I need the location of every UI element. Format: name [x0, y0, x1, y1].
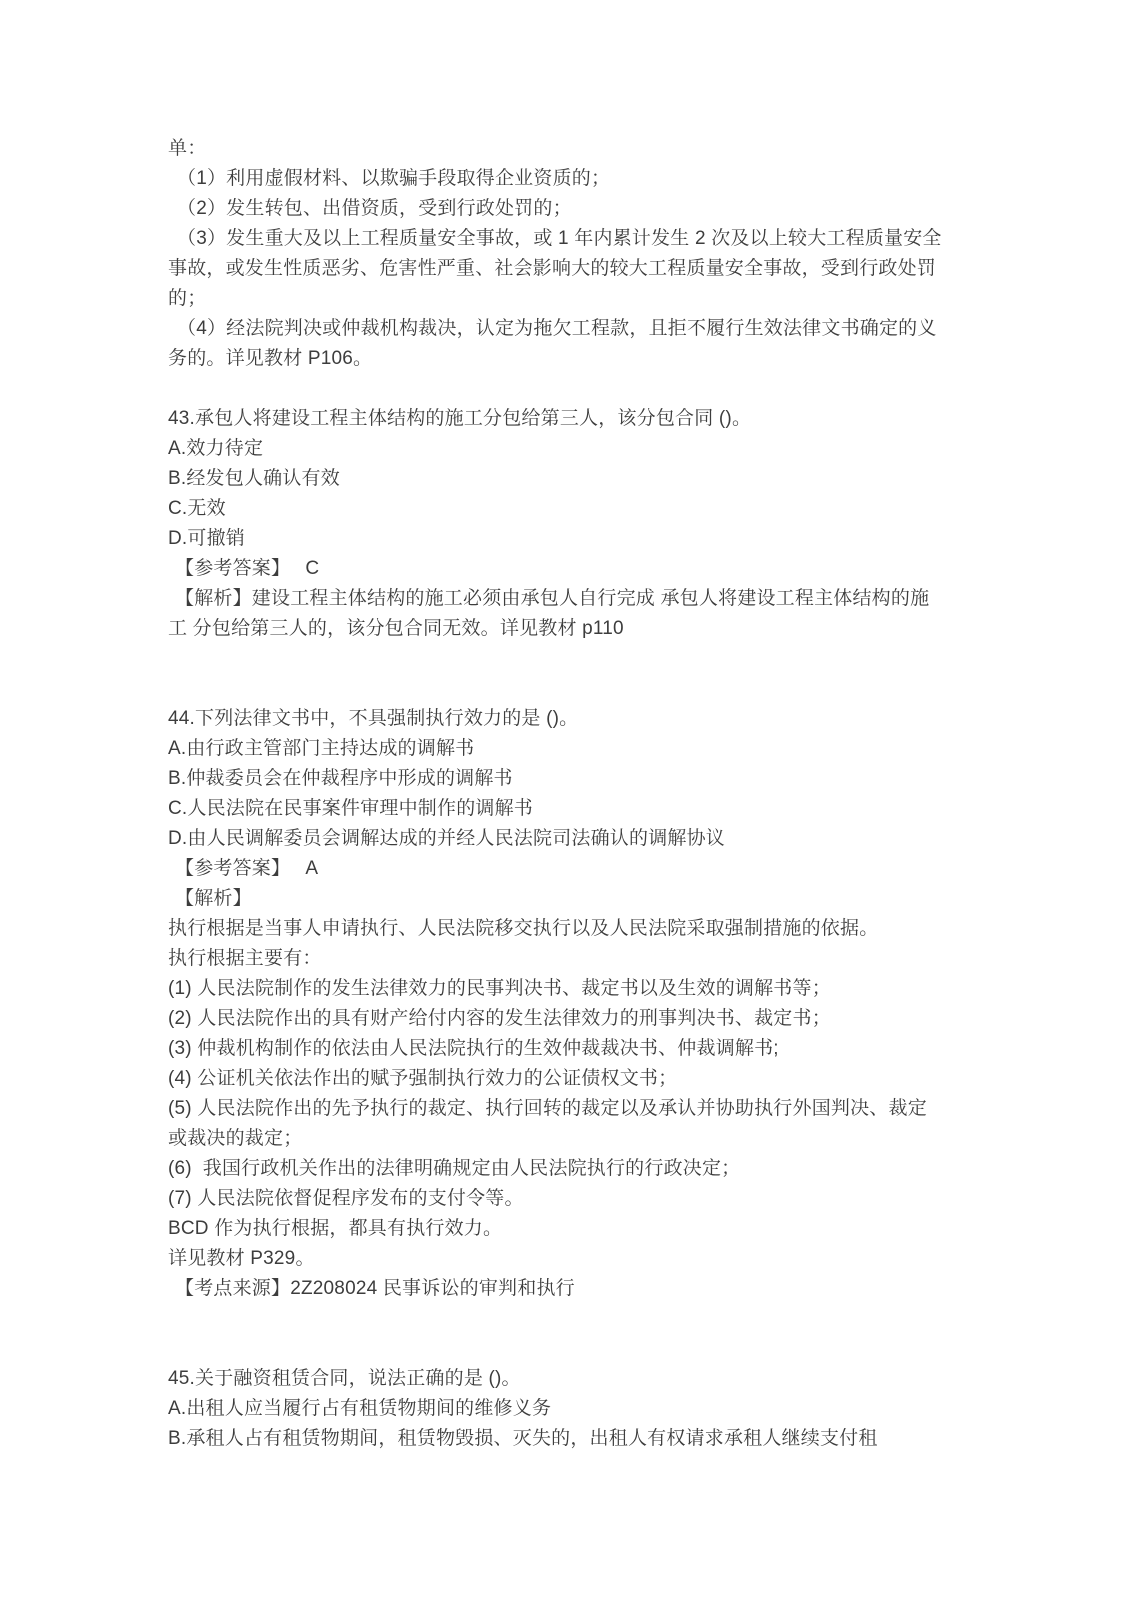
text-line: A.出租人应当履行占有租赁物期间的维修义务: [168, 1394, 971, 1424]
blank-line: [168, 1334, 971, 1364]
text-line: (4) 公证机关依法作出的赋予强制执行效力的公证债权文书；: [168, 1064, 971, 1094]
text-line: (1) 人民法院制作的发生法律效力的民事判决书、裁定书以及生效的调解书等；: [168, 974, 971, 1004]
question-45: 45.关于融资租赁合同，说法正确的是 ()。A.出租人应当履行占有租赁物期间的维…: [168, 1304, 971, 1454]
document-body: 单：（1）利用虚假材料、以欺骗手段取得企业资质的；（2）发生转包、出借资质，受到…: [168, 134, 971, 1454]
text-line: A.效力待定: [168, 434, 971, 464]
text-line: （3）发生重大及以上工程质量安全事故，或 1 年内累计发生 2 次及以上较大工程…: [168, 224, 971, 254]
text-line: 【参考答案】 C: [168, 554, 971, 584]
blank-line: [168, 1304, 971, 1334]
question-43: 43.承包人将建设工程主体结构的施工分包给第三人，该分包合同 ()。A.效力待定…: [168, 374, 971, 644]
text-line: （4）经法院判决或仲裁机构裁决，认定为拖欠工程款，且拒不履行生效法律文书确定的义: [168, 314, 971, 344]
text-line: 工 分包给第三人的，该分包合同无效。详见教材 p110: [168, 614, 971, 644]
text-line: (5) 人民法院作出的先予执行的裁定、执行回转的裁定以及承认并协助执行外国判决、…: [168, 1094, 971, 1124]
text-line: A.由行政主管部门主持达成的调解书: [168, 734, 971, 764]
text-line: B.仲裁委员会在仲裁程序中形成的调解书: [168, 764, 971, 794]
blank-line: [168, 374, 971, 404]
text-line: 执行根据主要有：: [168, 944, 971, 974]
text-line: (6) 我国行政机关作出的法律明确规定由人民法院执行的行政决定；: [168, 1154, 971, 1184]
text-line: (3) 仲裁机构制作的依法由人民法院执行的生效仲裁裁决书、仲裁调解书;: [168, 1034, 971, 1064]
text-line: B.承租人占有租赁物期间，租赁物毁损、灭失的，出租人有权请求承租人继续支付租: [168, 1424, 971, 1454]
text-line: B.经发包人确认有效: [168, 464, 971, 494]
text-line: 【解析】: [168, 884, 971, 914]
blank-line: [168, 674, 971, 704]
text-line: （1）利用虚假材料、以欺骗手段取得企业资质的；: [168, 164, 971, 194]
text-line: 事故，或发生性质恶劣、危害性严重、社会影响大的较大工程质量安全事故，受到行政处罚: [168, 254, 971, 284]
text-line: 详见教材 P329。: [168, 1244, 971, 1274]
blank-line: [168, 644, 971, 674]
text-line: 【解析】建设工程主体结构的施工必须由承包人自行完成 承包人将建设工程主体结构的施: [168, 584, 971, 614]
text-line: C.人民法院在民事案件审理中制作的调解书: [168, 794, 971, 824]
text-line: 44.下列法律文书中，不具强制执行效力的是 ()。: [168, 704, 971, 734]
text-line: BCD 作为执行根据，都具有执行效力。: [168, 1214, 971, 1244]
text-line: 45.关于融资租赁合同，说法正确的是 ()。: [168, 1364, 971, 1394]
text-line: 【考点来源】2Z208024 民事诉讼的审判和执行: [168, 1274, 971, 1304]
text-line: (7) 人民法院依督促程序发布的支付令等。: [168, 1184, 971, 1214]
text-line: (2) 人民法院作出的具有财产给付内容的发生法律效力的刑事判决书、裁定书；: [168, 1004, 971, 1034]
text-line: 43.承包人将建设工程主体结构的施工分包给第三人，该分包合同 ()。: [168, 404, 971, 434]
text-line: 执行根据是当事人申请执行、人民法院移交执行以及人民法院采取强制措施的依据。: [168, 914, 971, 944]
text-line: （2）发生转包、出借资质，受到行政处罚的；: [168, 194, 971, 224]
text-line: 务的。详见教材 P106。: [168, 344, 971, 374]
text-line: 或裁决的裁定；: [168, 1124, 971, 1154]
text-line: D.由人民调解委员会调解达成的并经人民法院司法确认的调解协议: [168, 824, 971, 854]
text-line: 的；: [168, 284, 971, 314]
text-line: 单：: [168, 134, 971, 164]
question-44: 44.下列法律文书中，不具强制执行效力的是 ()。A.由行政主管部门主持达成的调…: [168, 644, 971, 1304]
text-line: 【参考答案】 A: [168, 854, 971, 884]
document-page: 单：（1）利用虚假材料、以欺骗手段取得企业资质的；（2）发生转包、出借资质，受到…: [0, 0, 1131, 1600]
text-line: D.可撤销: [168, 524, 971, 554]
text-line: C.无效: [168, 494, 971, 524]
previous-answer-analysis-continuation: 单：（1）利用虚假材料、以欺骗手段取得企业资质的；（2）发生转包、出借资质，受到…: [168, 134, 971, 374]
